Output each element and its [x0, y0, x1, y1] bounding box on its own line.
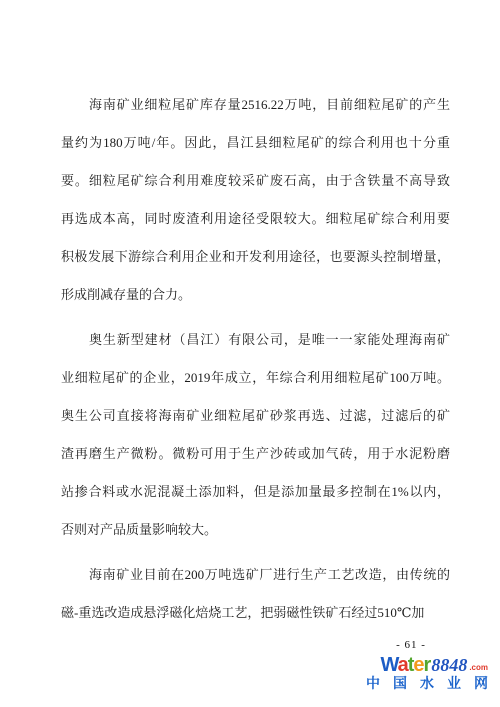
- text-line: 量约为180万吨/年。因此，昌江县细粒尾矿的综合利用也十分重: [61, 124, 450, 162]
- text-line: 奥生公司直接将海南矿业细粒尾矿砂浆再选、过滤，过滤后的矿: [61, 397, 450, 435]
- text-line: 积极发展下游综合利用企业和开发利用途径，也要源头控制增量，: [61, 238, 450, 276]
- text-line: 否则对产品质量影响较大。: [61, 511, 450, 549]
- text-line: 海南矿业细粒尾矿库存量2516.22万吨，目前细粒尾矿的产生: [61, 86, 450, 124]
- logo-letter: e: [413, 654, 423, 676]
- watermark-logo: Water 8848 .com 中国水业网: [366, 655, 488, 693]
- text-line: 站掺合料或水泥混凝土添加料，但是添加量最多控制在1%以内，: [61, 473, 450, 511]
- text-line: 要。细粒尾矿综合利用难度较采矿废石高，由于含铁量不高导致: [61, 162, 450, 200]
- document-page: 海南矿业细粒尾矿库存量2516.22万吨，目前细粒尾矿的产生量约为180万吨/年…: [0, 0, 500, 707]
- logo-letter: a: [398, 654, 408, 676]
- page-number: - 61 -: [0, 639, 500, 651]
- logo-domain-suffix: .com: [469, 663, 488, 672]
- logo-water-word: Water: [380, 655, 430, 676]
- text-line: 奥生新型建材（昌江）有限公司，是唯一一家能处理海南矿: [61, 321, 450, 359]
- text-line: 形成削减存量的合力。: [61, 276, 450, 314]
- logo-number-8848: 8848: [431, 655, 467, 676]
- paragraph: 奥生新型建材（昌江）有限公司，是唯一一家能处理海南矿业细粒尾矿的企业，2019年…: [61, 321, 450, 549]
- text-line: 业细粒尾矿的企业，2019年成立，年综合利用细粒尾矿100万吨。: [61, 359, 450, 397]
- logo-letter: W: [380, 654, 397, 676]
- paragraph: 海南矿业目前在200万吨选矿厂进行生产工艺改造，由传统的磁-重选改造成悬浮磁化焙…: [61, 556, 450, 632]
- text-line: 再选成本高，同时废渣利用途径受限较大。细粒尾矿综合利用要: [61, 200, 450, 238]
- text-line: 磁-重选改造成悬浮磁化焙烧工艺，把弱磁性铁矿石经过510℃加: [61, 594, 450, 632]
- text-line: 渣再磨生产微粉。微粉可用于生产沙砖或加气砖，用于水泥粉磨: [61, 435, 450, 473]
- document-body: 海南矿业细粒尾矿库存量2516.22万吨，目前细粒尾矿的产生量约为180万吨/年…: [61, 86, 450, 639]
- paragraph: 海南矿业细粒尾矿库存量2516.22万吨，目前细粒尾矿的产生量约为180万吨/年…: [61, 86, 450, 314]
- logo-letter: r: [424, 654, 431, 676]
- logo-row-brand: Water 8848 .com: [366, 655, 488, 676]
- logo-cn-name: 中国水业网: [366, 676, 500, 693]
- text-line: 海南矿业目前在200万吨选矿厂进行生产工艺改造，由传统的: [61, 556, 450, 594]
